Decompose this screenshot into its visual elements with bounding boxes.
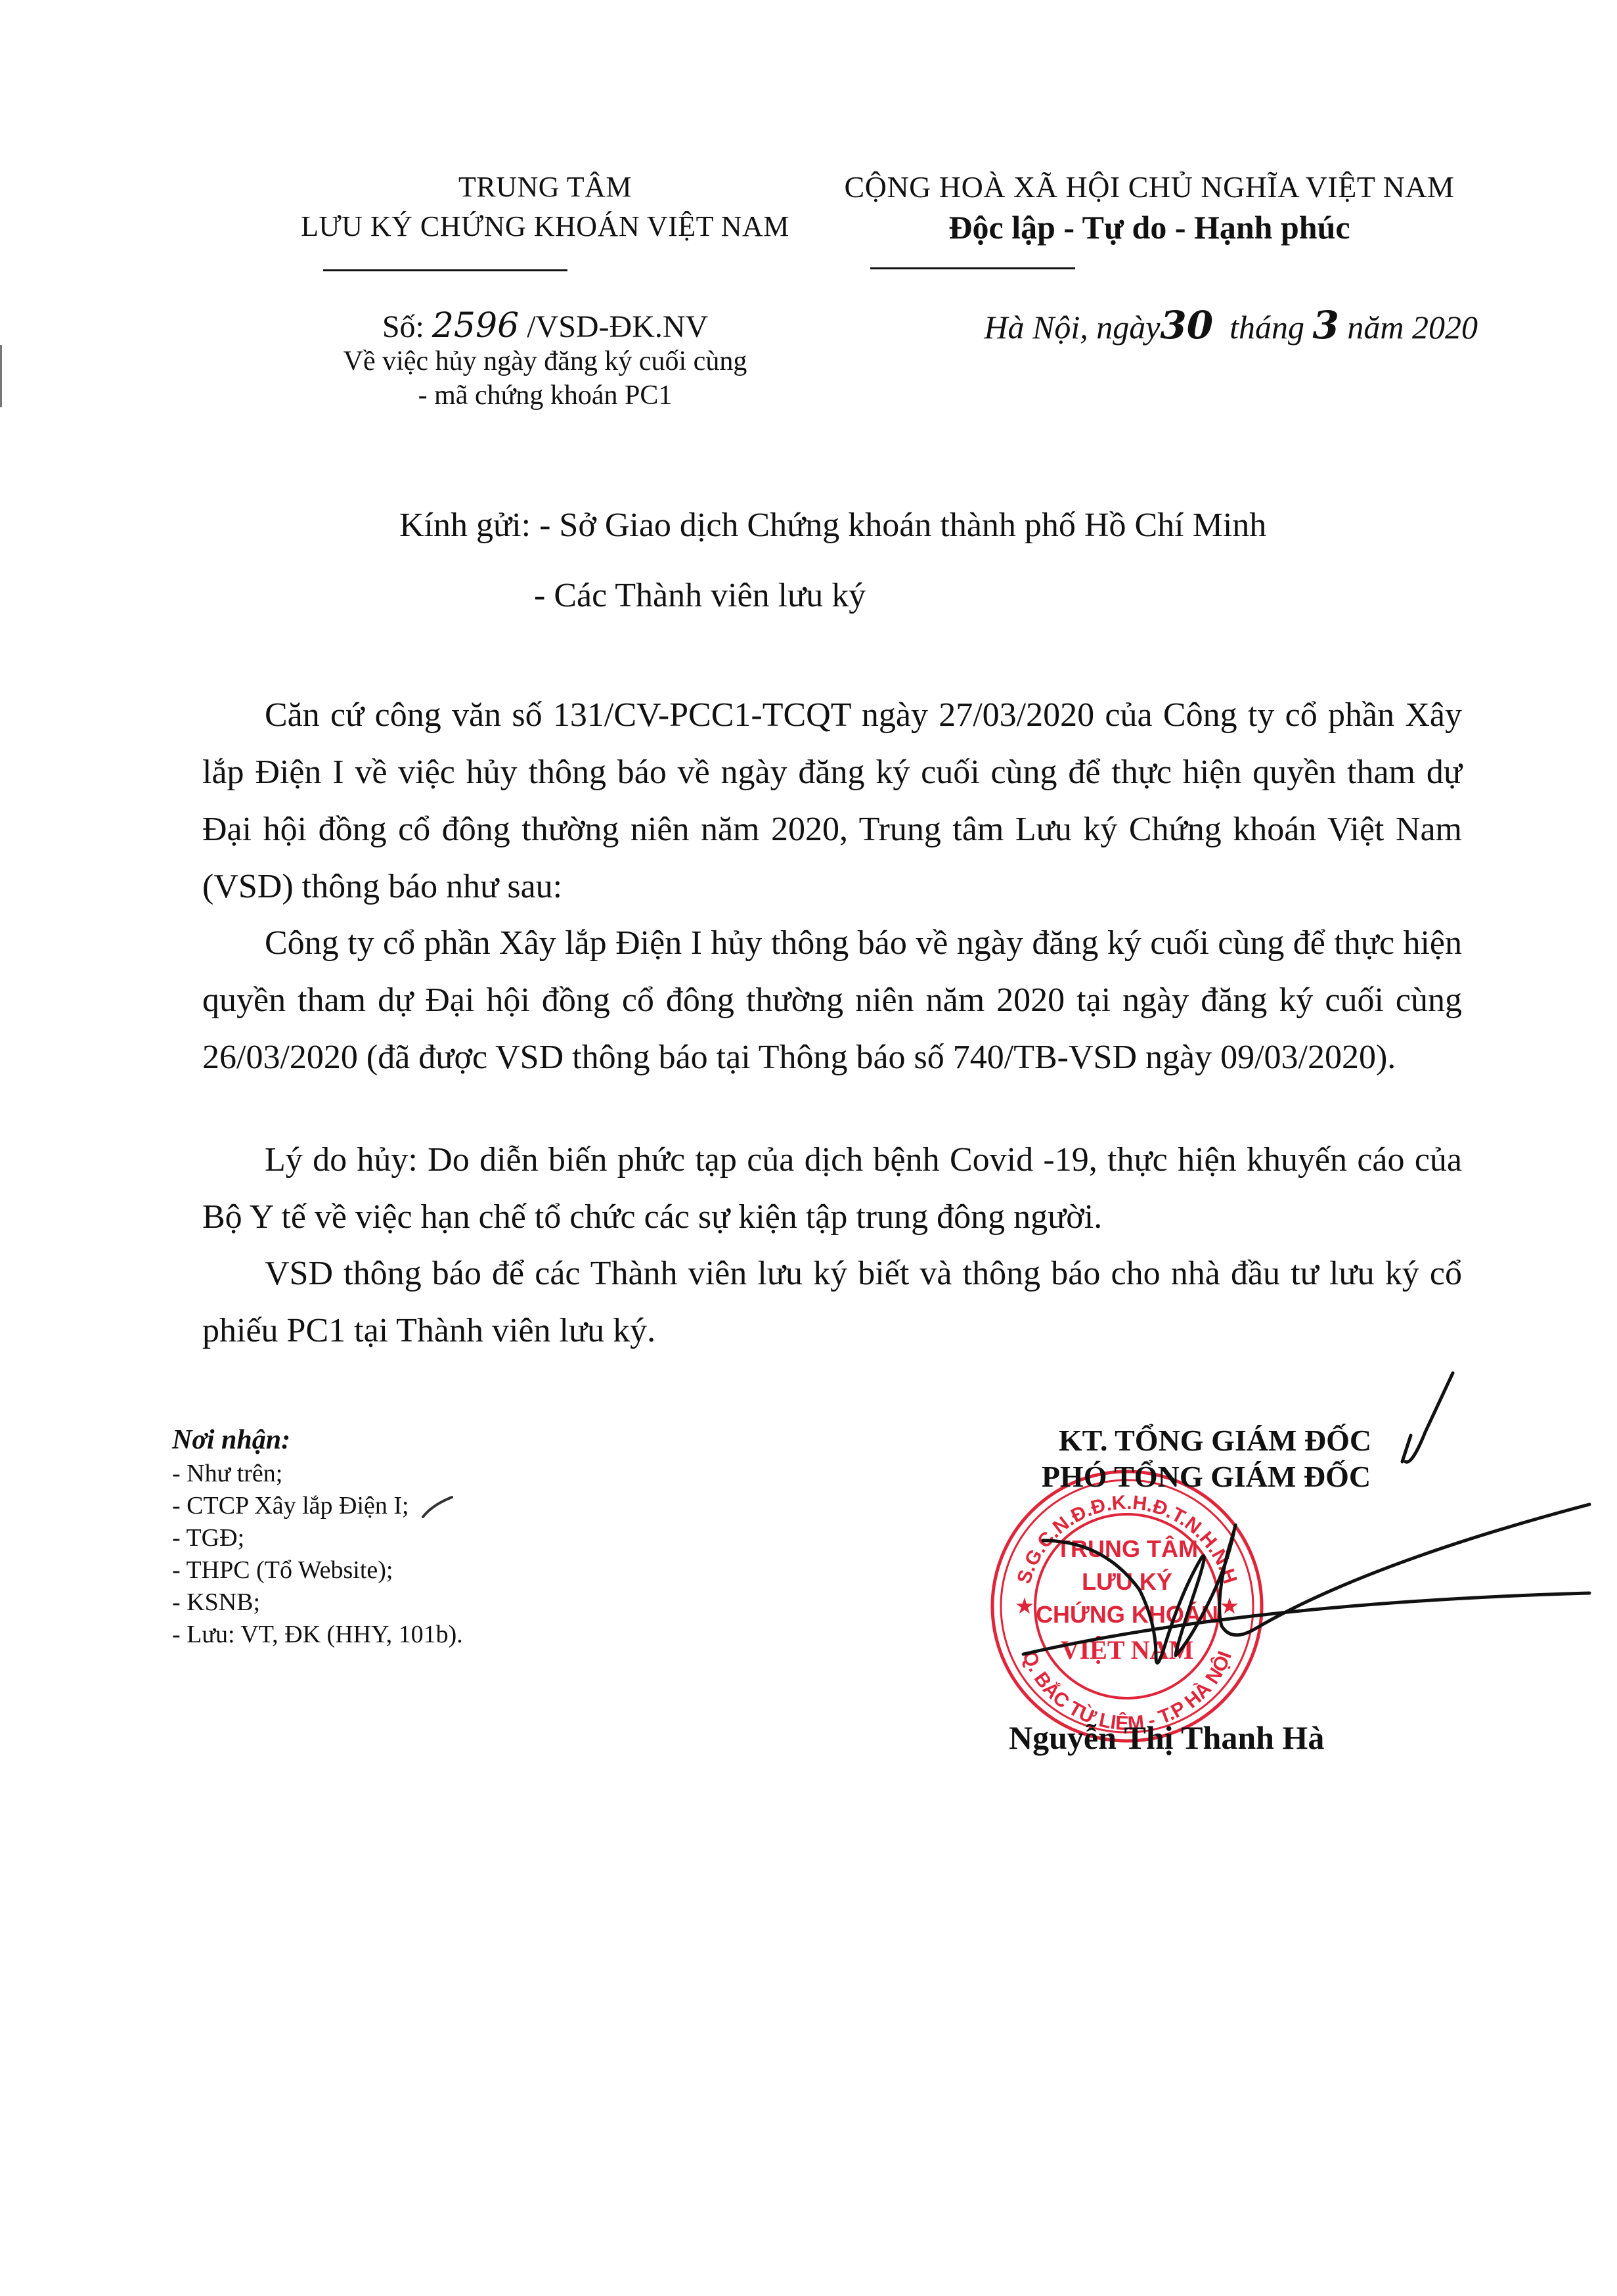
date-day-handwritten: 30 xyxy=(1160,303,1213,348)
recipient-item: - TGĐ; xyxy=(172,1522,463,1554)
recipient-item: - Lưu: VT, ĐK (HHY, 101b). xyxy=(172,1619,463,1651)
motto-line: Độc lập - Tự do - Hạnh phúc xyxy=(788,207,1511,248)
signature-block: KT. TỔNG GIÁM ĐỐC PHÓ TỔNG GIÁM ĐỐC xyxy=(985,1422,1445,1495)
signer-name: Nguyễn Thị Thanh Hà xyxy=(1009,1718,1324,1757)
scan-edge-artifact xyxy=(0,345,2,407)
national-header: CỘNG HOÀ XÃ HỘI CHỦ NGHĨA VIỆT NAM Độc l… xyxy=(788,168,1511,248)
svg-text:LƯU KÝ: LƯU KÝ xyxy=(1082,1568,1172,1595)
body-paragraph-3: Lý do hủy: Do diễn biến phức tạp của dịc… xyxy=(202,1131,1462,1246)
issuer-org-line1: TRUNG TÂM xyxy=(250,168,841,207)
body-paragraph-1: Căn cứ công văn số 131/CV-PCC1-TCQT ngày… xyxy=(202,687,1462,915)
date-prefix: Hà Nội, ngày xyxy=(984,309,1160,346)
paragraph: VSD thông báo để các Thành viên lưu ký b… xyxy=(202,1245,1462,1359)
paragraph: Lý do hủy: Do diễn biến phức tạp của dịc… xyxy=(202,1131,1462,1246)
document-date: Hà Nội, ngày30 tháng 3 năm 2020 xyxy=(854,302,1478,350)
motto-underline xyxy=(870,267,1075,269)
doc-number-suffix: /VSD-ĐK.NV xyxy=(527,309,708,344)
recipient-item: - THPC (Tổ Website); xyxy=(172,1554,463,1587)
nation-line: CỘNG HOÀ XÃ HỘI CHỦ NGHĨA VIỆT NAM xyxy=(788,168,1511,207)
check-mark-icon xyxy=(419,1495,458,1521)
body-paragraph-4: VSD thông báo để các Thành viên lưu ký b… xyxy=(202,1245,1462,1359)
stamp-ring-top: S.G.C.N.Đ.Đ.K.H.Đ.T.N.H.N.H xyxy=(1013,1492,1241,1587)
issuer-org-line2: LƯU KÝ CHỨNG KHOÁN VIỆT NAM xyxy=(250,207,841,246)
svg-text:CHỨNG KHOÁN: CHỨNG KHOÁN xyxy=(1036,1600,1218,1628)
addressee-line-2: - Các Thành viên lưu ký xyxy=(534,573,866,619)
addressee-line-1: Kính gửi: - Sở Giao dịch Chứng khoán thà… xyxy=(399,503,1266,549)
recipient-item: - KSNB; xyxy=(172,1587,463,1619)
signature-line1: KT. TỔNG GIÁM ĐỐC xyxy=(985,1422,1445,1458)
subject-line2: - mã chứng khoán PC1 xyxy=(250,378,841,413)
doc-number-handwritten: 2596 xyxy=(432,306,519,346)
document-number: Số: 2596 /VSD-ĐK.NV xyxy=(250,307,841,346)
body-paragraph-2: Công ty cổ phần Xây lắp Điện I hủy thông… xyxy=(202,914,1462,1086)
doc-number-prefix: Số: xyxy=(382,309,424,344)
subject-line1: Về việc hủy ngày đăng ký cuối cùng xyxy=(250,344,841,378)
addressee-label: Kính gửi: xyxy=(399,506,531,544)
paragraph: Công ty cổ phần Xây lắp Điện I hủy thông… xyxy=(202,914,1462,1086)
date-month-handwritten: 3 xyxy=(1313,303,1339,348)
document-subject: Về việc hủy ngày đăng ký cuối cùng - mã … xyxy=(250,344,841,413)
recipients-title: Nơi nhận: xyxy=(172,1422,463,1458)
svg-text:TRUNG TÂM: TRUNG TÂM xyxy=(1056,1535,1198,1562)
paragraph: Căn cứ công văn số 131/CV-PCC1-TCQT ngày… xyxy=(202,687,1462,915)
recipients-block: Nơi nhận: - Như trên; - CTCP Xây lắp Điệ… xyxy=(172,1422,463,1651)
svg-text:VIỆT NAM: VIỆT NAM xyxy=(1061,1635,1194,1665)
svg-text:★: ★ xyxy=(1221,1596,1239,1617)
recipient-item: - Như trên; xyxy=(172,1458,463,1490)
addressee-item: - Sở Giao dịch Chứng khoán thành phố Hồ … xyxy=(539,506,1266,544)
issuer-header: TRUNG TÂM LƯU KÝ CHỨNG KHOÁN VIỆT NAM xyxy=(250,168,841,246)
date-month-label: tháng xyxy=(1229,309,1304,346)
signature-line2: PHÓ TỔNG GIÁM ĐỐC xyxy=(967,1458,1445,1495)
date-year-label: năm 2020 xyxy=(1347,309,1478,346)
svg-text:★: ★ xyxy=(1016,1596,1034,1617)
issuer-underline xyxy=(323,269,567,271)
addressee-item: - Các Thành viên lưu ký xyxy=(534,577,866,614)
recipient-item: - CTCP Xây lắp Điện I; xyxy=(172,1490,463,1522)
